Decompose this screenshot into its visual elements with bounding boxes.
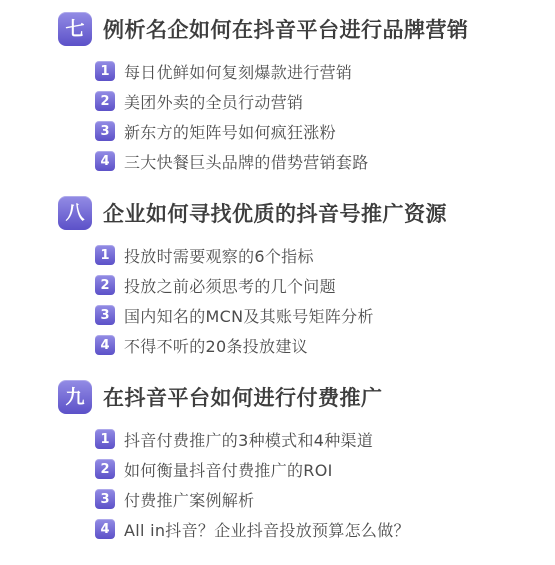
item-text: 如何衡量抖音付费推广的ROI: [124, 458, 333, 481]
outline-section: 七 例析名企如何在抖音平台进行品牌营销 1 每日优鲜如何复刻爆款进行营销 2 美…: [58, 12, 555, 176]
item-number-badge: 2: [95, 459, 115, 479]
list-item: 2 投放之前必须思考的几个问题: [95, 270, 555, 300]
section-header: 九 在抖音平台如何进行付费推广: [58, 380, 555, 414]
item-text: 抖音付费推广的3种模式和4种渠道: [124, 428, 373, 451]
section-number-badge: 七: [58, 12, 92, 46]
item-number-badge: 1: [95, 61, 115, 81]
item-number-badge: 3: [95, 305, 115, 325]
item-text: 国内知名的MCN及其账号矩阵分析: [124, 304, 374, 327]
list-item: 3 新东方的矩阵号如何疯狂涨粉: [95, 116, 555, 146]
list-item: 3 付费推广案例解析: [95, 484, 555, 514]
list-item: 2 美团外卖的全员行动营销: [95, 86, 555, 116]
list-item: 1 抖音付费推广的3种模式和4种渠道: [95, 424, 555, 454]
item-text: 投放时需要观察的6个指标: [124, 244, 314, 267]
section-title: 企业如何寻找优质的抖音号推广资源: [103, 198, 447, 228]
item-text: 付费推广案例解析: [124, 488, 254, 511]
section-item-list: 1 投放时需要观察的6个指标 2 投放之前必须思考的几个问题 3 国内知名的MC…: [95, 240, 555, 360]
list-item: 3 国内知名的MCN及其账号矩阵分析: [95, 300, 555, 330]
list-item: 4 三大快餐巨头品牌的借势营销套路: [95, 146, 555, 176]
item-text: 美团外卖的全员行动营销: [124, 90, 303, 113]
list-item: 1 每日优鲜如何复刻爆款进行营销: [95, 56, 555, 86]
section-number-badge: 八: [58, 196, 92, 230]
item-number-badge: 1: [95, 429, 115, 449]
course-outline: 七 例析名企如何在抖音平台进行品牌营销 1 每日优鲜如何复刻爆款进行营销 2 美…: [0, 0, 555, 544]
item-number-badge: 3: [95, 121, 115, 141]
section-header: 八 企业如何寻找优质的抖音号推广资源: [58, 196, 555, 230]
item-text: 不得不听的20条投放建议: [124, 334, 308, 357]
item-number-badge: 4: [95, 151, 115, 171]
item-text: All in抖音？企业抖音投放预算怎么做？: [124, 518, 410, 541]
section-title: 例析名企如何在抖音平台进行品牌营销: [103, 14, 469, 44]
item-number-badge: 3: [95, 489, 115, 509]
section-item-list: 1 抖音付费推广的3种模式和4种渠道 2 如何衡量抖音付费推广的ROI 3 付费…: [95, 424, 555, 544]
item-text: 投放之前必须思考的几个问题: [124, 274, 336, 297]
item-number-badge: 2: [95, 91, 115, 111]
outline-section: 九 在抖音平台如何进行付费推广 1 抖音付费推广的3种模式和4种渠道 2 如何衡…: [58, 380, 555, 544]
item-text: 新东方的矩阵号如何疯狂涨粉: [124, 120, 336, 143]
section-item-list: 1 每日优鲜如何复刻爆款进行营销 2 美团外卖的全员行动营销 3 新东方的矩阵号…: [95, 56, 555, 176]
list-item: 4 All in抖音？企业抖音投放预算怎么做？: [95, 514, 555, 544]
section-title: 在抖音平台如何进行付费推广: [103, 382, 383, 412]
item-number-badge: 1: [95, 245, 115, 265]
section-header: 七 例析名企如何在抖音平台进行品牌营销: [58, 12, 555, 46]
outline-section: 八 企业如何寻找优质的抖音号推广资源 1 投放时需要观察的6个指标 2 投放之前…: [58, 196, 555, 360]
section-number-badge: 九: [58, 380, 92, 414]
item-text: 三大快餐巨头品牌的借势营销套路: [124, 150, 369, 173]
list-item: 2 如何衡量抖音付费推广的ROI: [95, 454, 555, 484]
item-text: 每日优鲜如何复刻爆款进行营销: [124, 60, 352, 83]
item-number-badge: 2: [95, 275, 115, 295]
item-number-badge: 4: [95, 519, 115, 539]
list-item: 4 不得不听的20条投放建议: [95, 330, 555, 360]
item-number-badge: 4: [95, 335, 115, 355]
list-item: 1 投放时需要观察的6个指标: [95, 240, 555, 270]
